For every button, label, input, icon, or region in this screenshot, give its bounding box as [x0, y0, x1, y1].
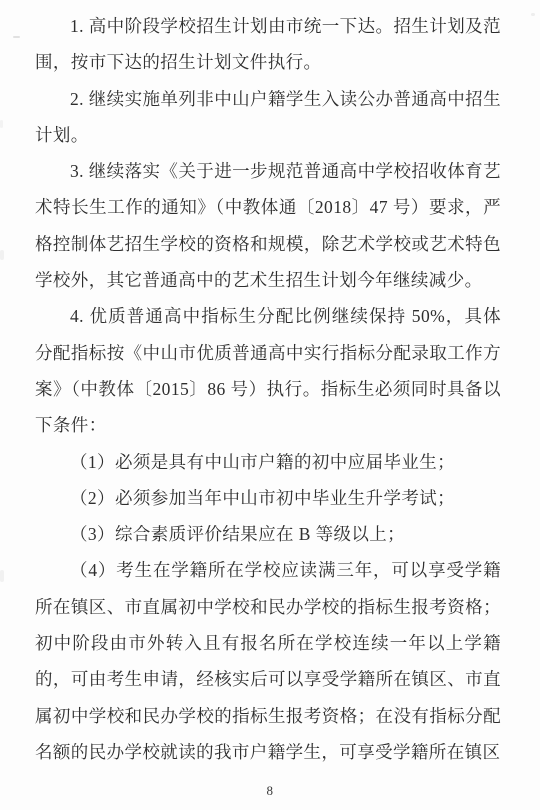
paragraph-subitem-3: （3）综合素质评价结果应在 B 等级以上； — [35, 516, 501, 552]
scan-artifact — [13, 36, 20, 38]
scan-artifact — [0, 120, 3, 128]
scan-artifact — [531, 13, 535, 16]
paragraph-item-4: 4. 优质普通高中指标生分配比例继续保持 50%，具体分配指标按《中山市优质普通… — [35, 298, 501, 443]
paragraph-item-3: 3. 继续落实《关于进一步规范普通高中学校招收体育艺术特长生工作的通知》（中教体… — [35, 153, 501, 298]
document-body-text: 1. 高中阶段学校招生计划由市统一下达。招生计划及范围，按市下达的招生计划文件执… — [35, 8, 501, 770]
scanned-document-page: 1. 高中阶段学校招生计划由市统一下达。招生计划及范围，按市下达的招生计划文件执… — [0, 0, 540, 810]
scan-artifact — [0, 250, 4, 260]
paragraph-subitem-4: （4）考生在学籍所在学校应读满三年，可以享受学籍所在镇区、市直属初中学校和民办学… — [35, 552, 501, 770]
paragraph-item-2: 2. 继续实施单列非中山户籍学生入读公办普通高中招生计划。 — [35, 81, 501, 154]
paragraph-item-1: 1. 高中阶段学校招生计划由市统一下达。招生计划及范围，按市下达的招生计划文件执… — [35, 8, 501, 81]
page-number: 8 — [0, 783, 540, 799]
paragraph-subitem-2: （2）必须参加当年中山市初中毕业生升学考试； — [35, 480, 501, 516]
scan-artifact — [0, 570, 4, 582]
paragraph-subitem-1: （1）必须是具有中山市户籍的初中应届毕业生； — [35, 444, 501, 480]
